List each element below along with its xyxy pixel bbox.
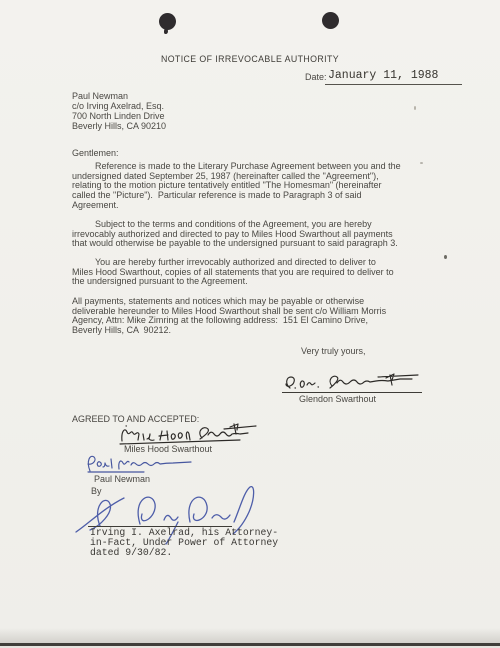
bottom-edge-shadow <box>0 628 500 643</box>
date-label: Date: <box>305 72 327 82</box>
recipient-line: c/o Irving Axelrad, Esq. <box>72 101 166 111</box>
glendon-typed-name: Glendon Swarthout <box>299 394 376 404</box>
recipient-line: 700 North Linden Drive <box>72 111 166 121</box>
attorney-line: dated 9/30/82. <box>90 548 278 558</box>
paragraph-statements-delivery: You are hereby further irrevocably autho… <box>72 258 492 287</box>
paper-speck <box>444 255 447 259</box>
date-underline <box>325 84 462 85</box>
valediction: Very truly yours, <box>301 346 366 356</box>
hole-punch-left-drip <box>164 29 168 34</box>
date-value: January 11, 1988 <box>328 69 438 82</box>
recipient-address: Paul Newman c/o Irving Axelrad, Esq. 700… <box>72 91 166 131</box>
recipient-line: Paul Newman <box>72 91 166 101</box>
attorney-block: Irving I. Axelrad, his Attorney- in-Fact… <box>90 528 278 557</box>
paragraph-notices-address: All payments, statements and notices whi… <box>72 297 492 336</box>
letter-page: NOTICE OF IRREVOCABLE AUTHORITY Date: Ja… <box>0 0 500 648</box>
recipient-line: Beverly Hills, CA 90210 <box>72 121 166 131</box>
hole-punch-right <box>322 12 339 29</box>
paragraph-payment-authorization: Subject to the terms and conditions of t… <box>72 220 492 249</box>
document-title: NOTICE OF IRREVOCABLE AUTHORITY <box>0 54 500 64</box>
miles-swarthout-signature <box>116 423 260 446</box>
paragraph-reference: Reference is made to the Literary Purcha… <box>72 162 492 211</box>
salutation: Gentlemen: <box>72 148 119 158</box>
paper-speck <box>420 162 423 164</box>
paper-speck <box>414 106 416 110</box>
paul-newman-signature <box>80 452 202 476</box>
glendon-signature-line <box>282 392 422 393</box>
hole-punch-left <box>159 13 176 30</box>
